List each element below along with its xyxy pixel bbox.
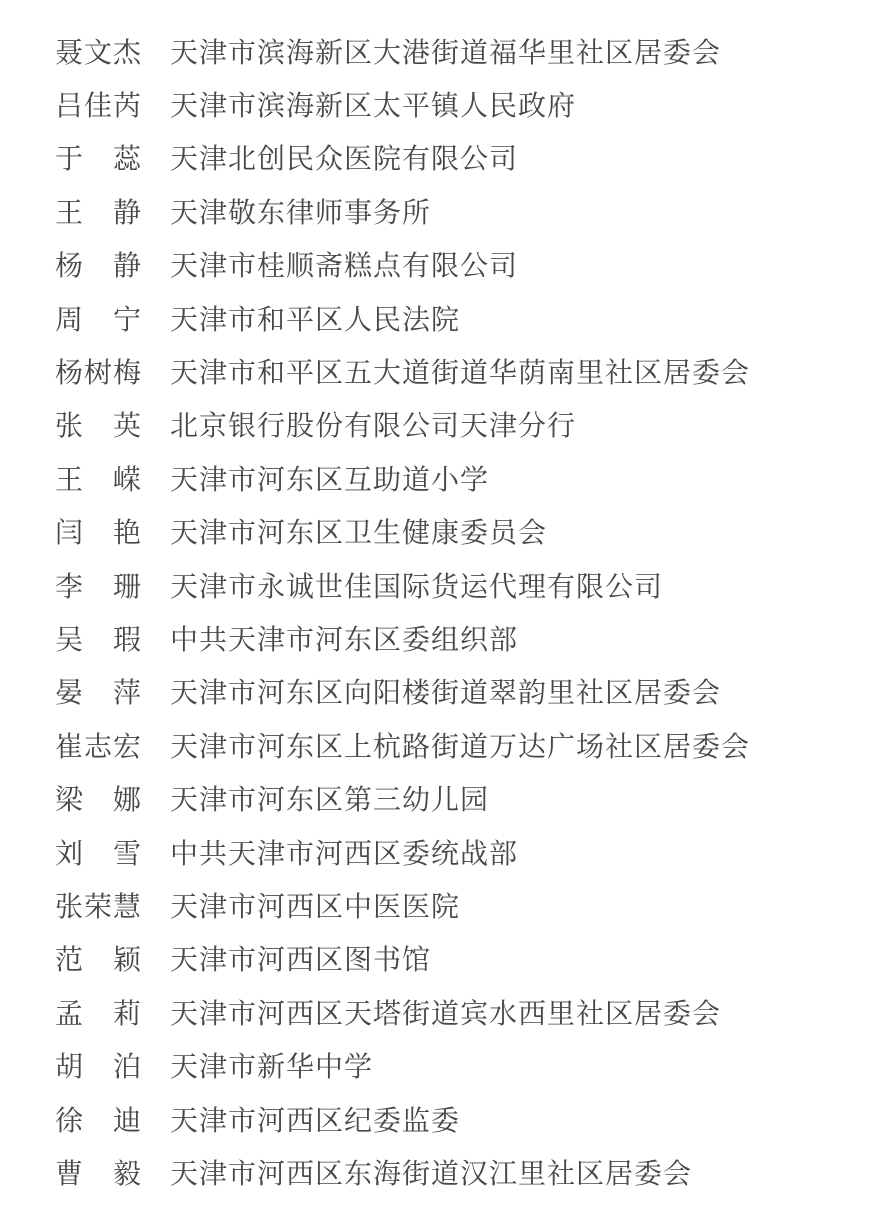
person-name: 曹 毅: [55, 1152, 142, 1192]
organization-name: 天津市河东区第三幼儿园: [170, 778, 489, 818]
list-item: 李 珊 天津市永诚世佳国际货运代理有限公司: [55, 558, 884, 611]
person-name: 梁 娜: [55, 778, 142, 818]
organization-name: 中共天津市河西区委统战部: [170, 832, 518, 872]
person-name: 孟 莉: [55, 992, 142, 1032]
document-page: 聂文杰 天津市滨海新区大港街道福华里社区居委会 吕佳芮 天津市滨海新区太平镇人民…: [0, 0, 884, 1230]
organization-name: 天津市永诚世佳国际货运代理有限公司: [170, 565, 663, 605]
list-item: 范 颖 天津市河西区图书馆: [55, 932, 884, 985]
list-item: 徐 迪 天津市河西区纪委监委: [55, 1092, 884, 1145]
organization-name: 天津市河西区天塔街道宾水西里社区居委会: [170, 992, 721, 1032]
person-name: 李 珊: [55, 565, 142, 605]
list-item: 曹 毅 天津市河西区东海街道汉江里社区居委会: [55, 1145, 884, 1198]
organization-name: 天津市新华中学: [170, 1045, 373, 1085]
organization-name: 天津市和平区五大道街道华荫南里社区居委会: [170, 351, 750, 391]
organization-name: 天津市桂顺斋糕点有限公司: [170, 244, 518, 284]
list-item: 王 嵘 天津市河东区互助道小学: [55, 451, 884, 504]
person-name: 于 蕊: [55, 137, 142, 177]
list-item: 吕佳芮 天津市滨海新区太平镇人民政府: [55, 77, 884, 130]
person-name: 聂文杰: [55, 31, 142, 71]
organization-name: 天津市河西区东海街道汉江里社区居委会: [170, 1152, 692, 1192]
person-name: 闫 艳: [55, 511, 142, 551]
person-name: 晏 萍: [55, 671, 142, 711]
organization-name: 天津市滨海新区大港街道福华里社区居委会: [170, 31, 721, 71]
organization-name: 天津市河东区向阳楼街道翠韵里社区居委会: [170, 671, 721, 711]
person-name: 刘 雪: [55, 832, 142, 872]
list-item: 孟 莉 天津市河西区天塔街道宾水西里社区居委会: [55, 985, 884, 1038]
list-item: 聂文杰 天津市滨海新区大港街道福华里社区居委会: [55, 24, 884, 77]
organization-name: 天津市河东区互助道小学: [170, 458, 489, 498]
organization-name: 天津北创民众医院有限公司: [170, 137, 518, 177]
person-name: 徐 迪: [55, 1099, 142, 1139]
organization-name: 天津市河东区卫生健康委员会: [170, 511, 547, 551]
list-item: 杨树梅 天津市和平区五大道街道华荫南里社区居委会: [55, 344, 884, 397]
list-item: 张 英 北京银行股份有限公司天津分行: [55, 398, 884, 451]
list-item: 胡 泊 天津市新华中学: [55, 1038, 884, 1091]
list-item: 梁 娜 天津市河东区第三幼儿园: [55, 771, 884, 824]
list-item: 闫 艳 天津市河东区卫生健康委员会: [55, 505, 884, 558]
list-item: 杨 静 天津市桂顺斋糕点有限公司: [55, 238, 884, 291]
name-org-list: 聂文杰 天津市滨海新区大港街道福华里社区居委会 吕佳芮 天津市滨海新区太平镇人民…: [0, 0, 884, 1199]
person-name: 杨树梅: [55, 351, 142, 391]
person-name: 吕佳芮: [55, 84, 142, 124]
person-name: 杨 静: [55, 244, 142, 284]
organization-name: 中共天津市河东区委组织部: [170, 618, 518, 658]
organization-name: 天津市和平区人民法院: [170, 298, 460, 338]
list-item: 于 蕊 天津北创民众医院有限公司: [55, 131, 884, 184]
person-name: 吴 瑕: [55, 618, 142, 658]
person-name: 王 静: [55, 191, 142, 231]
organization-name: 天津市河西区纪委监委: [170, 1099, 460, 1139]
organization-name: 天津市河东区上杭路街道万达广场社区居委会: [170, 725, 750, 765]
organization-name: 天津市河西区图书馆: [170, 938, 431, 978]
list-item: 崔志宏 天津市河东区上杭路街道万达广场社区居委会: [55, 718, 884, 771]
list-item: 王 静 天津敬东律师事务所: [55, 184, 884, 237]
person-name: 张 英: [55, 404, 142, 444]
person-name: 周 宁: [55, 298, 142, 338]
person-name: 王 嵘: [55, 458, 142, 498]
list-item: 晏 萍 天津市河东区向阳楼街道翠韵里社区居委会: [55, 665, 884, 718]
person-name: 范 颖: [55, 938, 142, 978]
organization-name: 天津敬东律师事务所: [170, 191, 431, 231]
list-item: 吴 瑕 中共天津市河东区委组织部: [55, 611, 884, 664]
person-name: 崔志宏: [55, 725, 142, 765]
person-name: 张荣慧: [55, 885, 142, 925]
organization-name: 天津市河西区中医医院: [170, 885, 460, 925]
list-item: 周 宁 天津市和平区人民法院: [55, 291, 884, 344]
organization-name: 天津市滨海新区太平镇人民政府: [170, 84, 576, 124]
list-item: 张荣慧 天津市河西区中医医院: [55, 878, 884, 931]
list-item: 刘 雪 中共天津市河西区委统战部: [55, 825, 884, 878]
person-name: 胡 泊: [55, 1045, 142, 1085]
organization-name: 北京银行股份有限公司天津分行: [170, 404, 576, 444]
